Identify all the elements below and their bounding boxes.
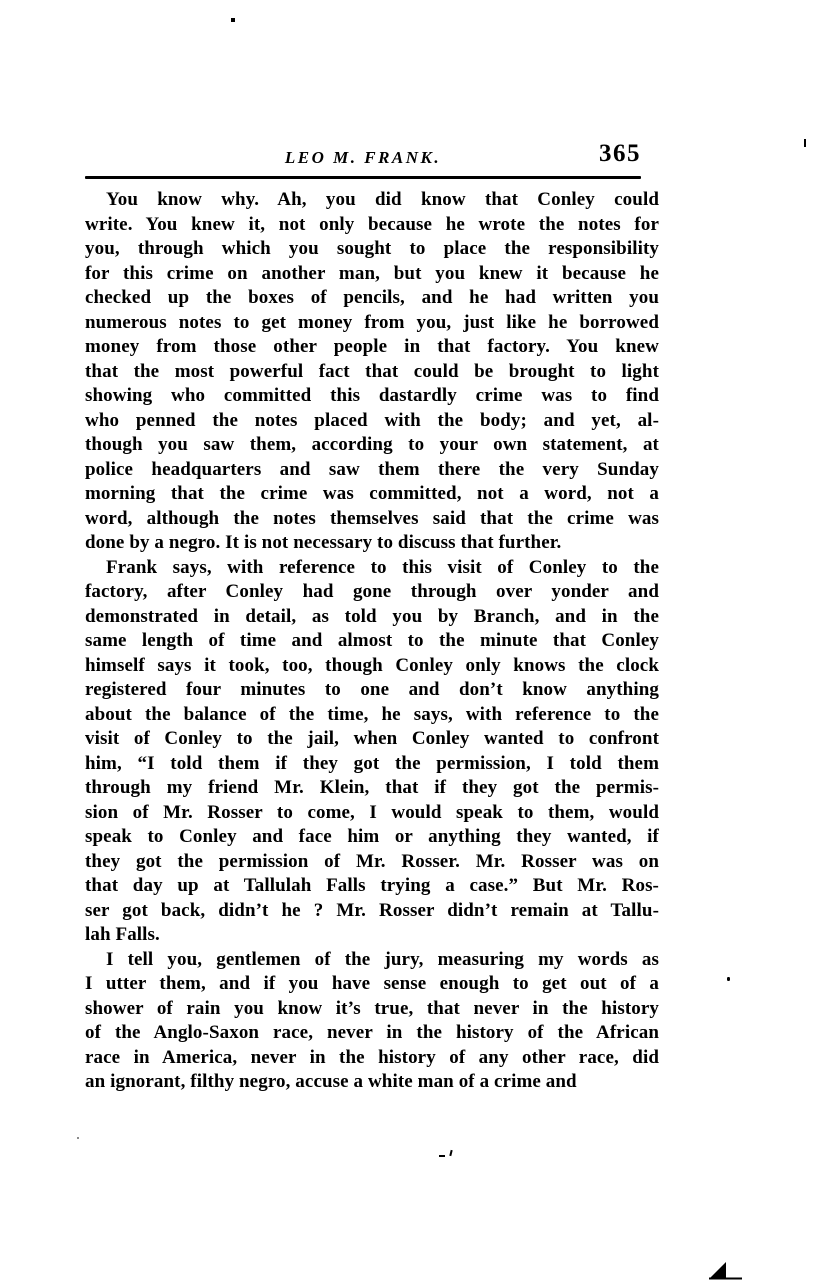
text-line: I tell you, gentlemen of the jury, measu… [85, 948, 659, 973]
text-line: morning that the crime was committed, no… [85, 482, 659, 507]
text-line: though you saw them, according to your o… [85, 433, 659, 458]
text-line: sion of Mr. Rosser to come, I would spea… [85, 801, 659, 826]
page-number: 365 [599, 140, 641, 168]
text-line: demonstrated in detail, as told you by B… [85, 605, 659, 630]
header-rule [85, 176, 641, 179]
text-line: about the balance of the time, he says, … [85, 703, 659, 728]
page-title: LEO M. FRANK. [85, 148, 641, 168]
text-line: race in America, never in the history of… [85, 1046, 659, 1071]
text-line: you, through which you sought to place t… [85, 237, 659, 262]
text-line: same length of time and almost to the mi… [85, 629, 659, 654]
paragraph: Frank says, with reference to this visit… [85, 556, 659, 948]
page-body: You know why. Ah, you did know that Conl… [85, 188, 659, 1095]
ink-speck [231, 18, 235, 22]
text-line: lah Falls. [85, 923, 659, 948]
ink-speck [439, 1155, 445, 1157]
text-line: showing who committed this dastardly cri… [85, 384, 659, 409]
text-line: done by a negro. It is not necessary to … [85, 531, 659, 556]
text-line: registered four minutes to one and don’t… [85, 678, 659, 703]
text-line: that day up at Tallulah Falls trying a c… [85, 874, 659, 899]
text-line: that the most powerful fact that could b… [85, 360, 659, 385]
paragraph: I tell you, gentlemen of the jury, measu… [85, 948, 659, 1095]
text-line: police headquarters and saw them there t… [85, 458, 659, 483]
text-line: I utter them, and if you have sense enou… [85, 972, 659, 997]
running-header: LEO M. FRANK. 365 [85, 141, 641, 175]
ink-speck [77, 1137, 79, 1139]
text-line: him, “I told them if they got the permis… [85, 752, 659, 777]
text-line: speak to Conley and face him or anything… [85, 825, 659, 850]
text-line: for this crime on another man, but you k… [85, 262, 659, 287]
text-line: numerous notes to get money from you, ju… [85, 311, 659, 336]
paragraph: You know why. Ah, you did know that Conl… [85, 188, 659, 556]
text-line: visit of Conley to the jail, when Conley… [85, 727, 659, 752]
text-line: an ignorant, filthy negro, accuse a whit… [85, 1070, 659, 1095]
corner-ink-mark [705, 1258, 745, 1282]
text-line: write. You knew it, not only because he … [85, 213, 659, 238]
text-line: word, although the notes themselves said… [85, 507, 659, 532]
text-line: who penned the notes placed with the bod… [85, 409, 659, 434]
text-line: shower of rain you know it’s true, that … [85, 997, 659, 1022]
text-line: himself says it took, too, though Conley… [85, 654, 659, 679]
text-line: ser got back, didn’t he ? Mr. Rosser did… [85, 899, 659, 924]
text-line: through my friend Mr. Klein, that if the… [85, 776, 659, 801]
text-line: You know why. Ah, you did know that Conl… [85, 188, 659, 213]
ink-speck [727, 977, 730, 981]
book-page: LEO M. FRANK. 365 You know why. Ah, you … [0, 0, 836, 1284]
text-line: they got the permission of Mr. Rosser. M… [85, 850, 659, 875]
text-line: of the Anglo-Saxon race, never in the hi… [85, 1021, 659, 1046]
text-line: Frank says, with reference to this visit… [85, 556, 659, 581]
ink-speck [804, 139, 806, 147]
ink-speck [449, 1150, 452, 1156]
text-line: checked up the boxes of pencils, and he … [85, 286, 659, 311]
text-line: money from those other people in that fa… [85, 335, 659, 360]
text-line: factory, after Conley had gone through o… [85, 580, 659, 605]
